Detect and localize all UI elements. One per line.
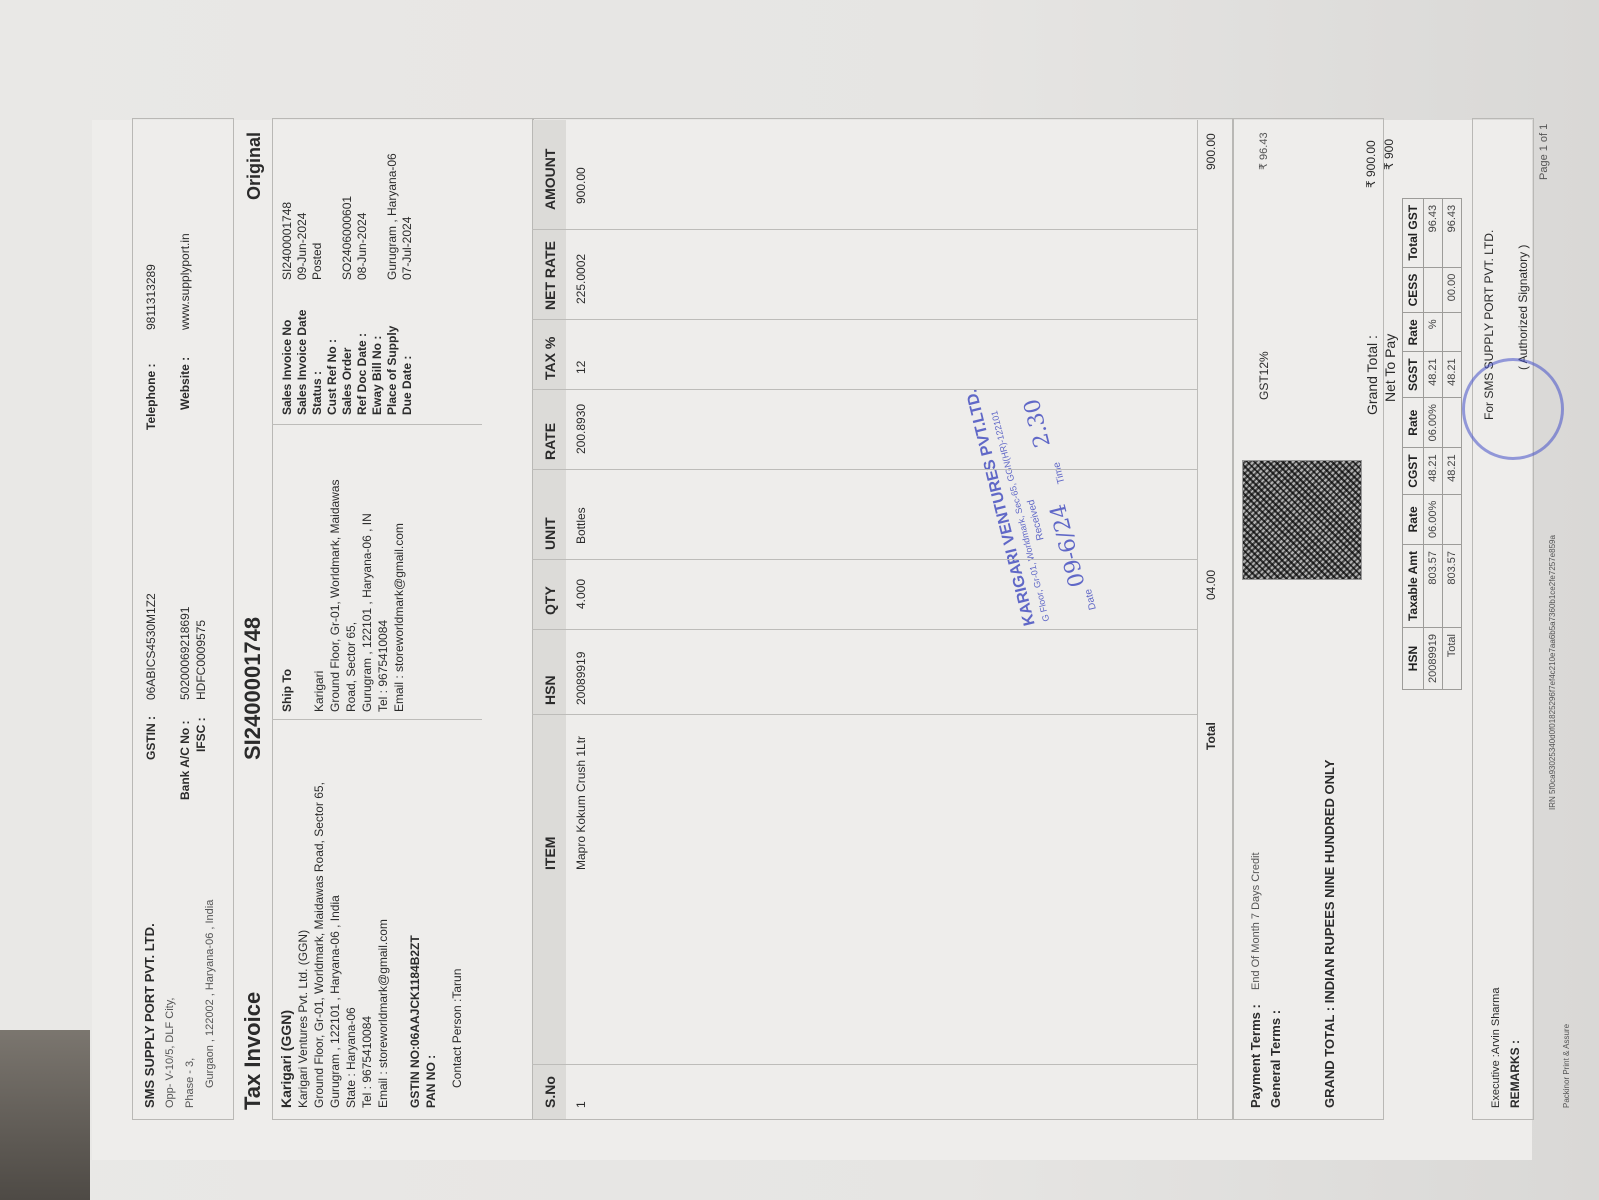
gst-cell: 803.57 (1424, 545, 1443, 628)
website-value: www.supplyport.in (178, 233, 192, 330)
gst-header-cell: Total GST (1403, 198, 1424, 267)
column-header: AMOUNT (542, 149, 558, 210)
invoice-number: SI2400001748 (240, 617, 266, 760)
total-qty: 04.00 (1204, 570, 1218, 600)
table-cell: 1 (574, 1101, 588, 1108)
website-label: Website : (178, 357, 192, 410)
bill-to-state: State : Haryana-06 (344, 1007, 358, 1108)
ship-to-name: Karigari (312, 671, 326, 712)
qr-code (1242, 460, 1362, 580)
column-header: RATE (542, 423, 558, 460)
gst-cell: 20089919 (1424, 628, 1443, 690)
table-cell: 20089919 (574, 652, 588, 705)
ifsc-value: HDFC0009575 (194, 620, 208, 700)
stamp-handwritten-date: 09-6/24 (1046, 501, 1091, 589)
meta-value: 07-Jul-2024 (400, 217, 414, 280)
gstin-value: 06ABICS4530M1Z2 (144, 593, 158, 700)
total-amount: 900.00 (1204, 133, 1218, 170)
items-table (532, 118, 1234, 1120)
meta-label: Sales Invoice Date (295, 310, 309, 415)
meta-label: Status : (310, 371, 324, 415)
column-header: QTY (542, 586, 558, 615)
gst-header-cell: SGST (1403, 352, 1424, 398)
amount-in-words: GRAND TOTAL : INDIAN RUPEES NINE HUNDRED… (1322, 760, 1337, 1108)
meta-label: Due Date : (400, 356, 414, 415)
gst-header-cell: HSN (1403, 628, 1424, 690)
telephone-label: Telephone : (144, 364, 158, 430)
bill-to-address: Ground Floor, Gr-01, Worldmark, Maidawas… (312, 782, 326, 1108)
gst-table-row: Total803.5748.2148.2100.0096.43 (1443, 198, 1462, 689)
ifsc-label: IFSC : (194, 717, 208, 752)
copy-label: Original (244, 132, 265, 200)
ship-to-city: Gurugram , 122101 , Haryana-06 , IN (360, 513, 374, 712)
company-seal (1462, 358, 1564, 460)
table-cell: 900.00 (574, 167, 588, 204)
page-number: Page 1 of 1 (1538, 124, 1550, 180)
gst-cell (1443, 494, 1462, 544)
bill-to-email: Email : storeworldmark@gmail.com (376, 919, 390, 1108)
meta-value: 09-Jun-2024 (295, 213, 309, 280)
column-divider (532, 229, 1197, 230)
table-cell: Bottles (574, 507, 588, 544)
payment-terms-label: Payment Terms : (1248, 1004, 1263, 1108)
gst-cell: 48.21 (1424, 448, 1443, 494)
ship-to-heading: Ship To (280, 669, 294, 712)
table-cell: 225.0002 (574, 254, 588, 304)
executive: Executive :Arvin Sharma (1490, 988, 1502, 1108)
meta-value: 08-Jun-2024 (355, 213, 369, 280)
gst-cell: 00.00 (1443, 267, 1462, 313)
gst-cell: 06.00% (1424, 494, 1443, 544)
column-divider (532, 559, 1197, 560)
tax-summary-label: GST12% (1257, 351, 1271, 400)
grand-total-label: Grand Total : (1364, 335, 1380, 415)
column-divider (532, 319, 1197, 320)
stamp-handwritten-time: 2.30 (1020, 396, 1056, 450)
table-cell: 12 (574, 361, 588, 374)
table-cell: 4.000 (574, 579, 588, 609)
payment-terms-value: End Of Month 7 Days Credit (1250, 852, 1262, 990)
table-cell: Mapro Kokum Crush 1Ltr (574, 736, 588, 870)
tax-summary-value: ₹ 96.43 (1257, 132, 1270, 170)
gst-cell (1443, 398, 1462, 448)
gst-cell: 48.21 (1424, 352, 1443, 398)
column-header: S.No (542, 1076, 558, 1108)
gst-breakup-table: HSNTaxable AmtRateCGSTRateSGSTRateCESSTo… (1402, 198, 1462, 690)
company-address-2: Phase - 3, (184, 1058, 196, 1108)
bank-value: 50200069218691 (178, 607, 192, 700)
gst-header-cell: Rate (1403, 398, 1424, 448)
gst-header-cell: CGST (1403, 448, 1424, 494)
company-address-3: Gurgaon , 122002 , Haryana-06 , India (204, 900, 216, 1088)
gst-header-cell: Rate (1403, 313, 1424, 352)
gst-cell: 48.21 (1443, 448, 1462, 494)
gst-header-cell: Taxable Amt (1403, 545, 1424, 628)
meta-label: Sales Order (340, 348, 354, 415)
software-footer: Packinor Print & Assure (1562, 1024, 1571, 1108)
column-divider (532, 389, 1197, 390)
invoice-sheet: SMS SUPPLY PORT PVT. LTD. Opp- V-10/5, D… (92, 120, 1532, 1160)
gst-cell: 96.43 (1443, 198, 1462, 267)
gst-cell: 96.43 (1424, 198, 1443, 267)
gst-header-cell: Rate (1403, 494, 1424, 544)
invoice-title: Tax Invoice (240, 992, 266, 1110)
column-divider (532, 714, 1197, 715)
stamp-time-label: Time (1051, 461, 1067, 485)
column-header: NET RATE (542, 241, 558, 310)
meta-value: SO2406000601 (340, 196, 354, 280)
table-surface (0, 1030, 90, 1200)
net-to-pay-label: Net To Pay (1382, 334, 1398, 402)
total-label: Total (1204, 722, 1218, 750)
ship-to-address-2: Road, Sector 65, (344, 622, 358, 712)
general-terms-label: General Terms : (1268, 1010, 1283, 1108)
column-header: UNIT (542, 517, 558, 550)
ship-to-tel: Tel : 9675410084 (376, 620, 390, 712)
gst-cell: 48.21 (1443, 352, 1462, 398)
telephone-value: 9811313289 (144, 264, 158, 330)
column-header: TAX % (542, 337, 558, 380)
remarks-label: REMARKS : (1508, 1040, 1522, 1108)
bill-to-name: Karigari (GGN) (278, 1010, 294, 1108)
table-cell: 200.8930 (574, 404, 588, 454)
bank-label: Bank A/C No : (178, 720, 192, 800)
gst-cell (1443, 313, 1462, 352)
bill-to-tel: Tel : 9675410084 (360, 1016, 374, 1108)
meta-label: Ref Doc Date : (355, 333, 369, 415)
net-to-pay-value: ₹ 900 (1382, 139, 1396, 170)
bill-to-company: Karigari Ventures Pvt. Ltd. (GGN) (296, 930, 310, 1108)
gst-cell: 06.00% (1424, 398, 1443, 448)
meta-label: Eway Bill No : (370, 336, 384, 415)
gst-table-row: 20089919803.5706.00%48.2106.00%48.21%96.… (1424, 198, 1443, 689)
stamp-date-label: Date (1083, 588, 1099, 611)
gst-cell: 803.57 (1443, 545, 1462, 628)
meta-label: Sales Invoice No (280, 320, 294, 415)
irn: IRN 5f0ca93025340d0f01825296f7ef4c210e7a… (1548, 535, 1557, 810)
bill-to-contact: Contact Person :Tarun (450, 969, 464, 1088)
authorized-signatory: ( Authorized Signatory ) (1516, 245, 1530, 370)
bill-to-pan: PAN NO : (424, 1055, 438, 1108)
company-address-1: Opp- V-10/5, DLF City, (164, 998, 176, 1108)
gst-cell (1424, 267, 1443, 313)
gst-cell: Total (1443, 628, 1462, 690)
grand-total-value: ₹ 900.00 (1364, 140, 1378, 188)
column-header: ITEM (542, 837, 558, 870)
meta-value: SI2400001748 (280, 202, 294, 280)
meta-label: Place of Supply (385, 326, 399, 415)
gst-cell: % (1424, 313, 1443, 352)
gst-table-header: HSNTaxable AmtRateCGSTRateSGSTRateCESSTo… (1403, 198, 1424, 689)
meta-label: Cust Ref No : (325, 339, 339, 415)
company-name: SMS SUPPLY PORT PVT. LTD. (142, 923, 157, 1108)
ship-to-email: Email : storeworldmark@gmail.com (392, 523, 406, 712)
column-divider (532, 1064, 1197, 1065)
gst-header-cell: CESS (1403, 267, 1424, 313)
column-divider (532, 629, 1197, 630)
bill-to-gstin: GSTIN NO:06AAJCK1184B2ZT (408, 935, 422, 1108)
meta-value: Posted (310, 243, 324, 280)
column-header: HSN (542, 675, 558, 705)
column-divider (532, 469, 1197, 470)
bill-to-city: Gurugram , 122101 , Haryana-06 , India (328, 895, 342, 1108)
gstin-label: GSTIN : (144, 716, 158, 760)
ship-to-address-1: Ground Floor, Gr-01, Worldmark, Maidawas (328, 479, 342, 712)
meta-value: Gurugram , Haryana-06 (385, 153, 399, 280)
